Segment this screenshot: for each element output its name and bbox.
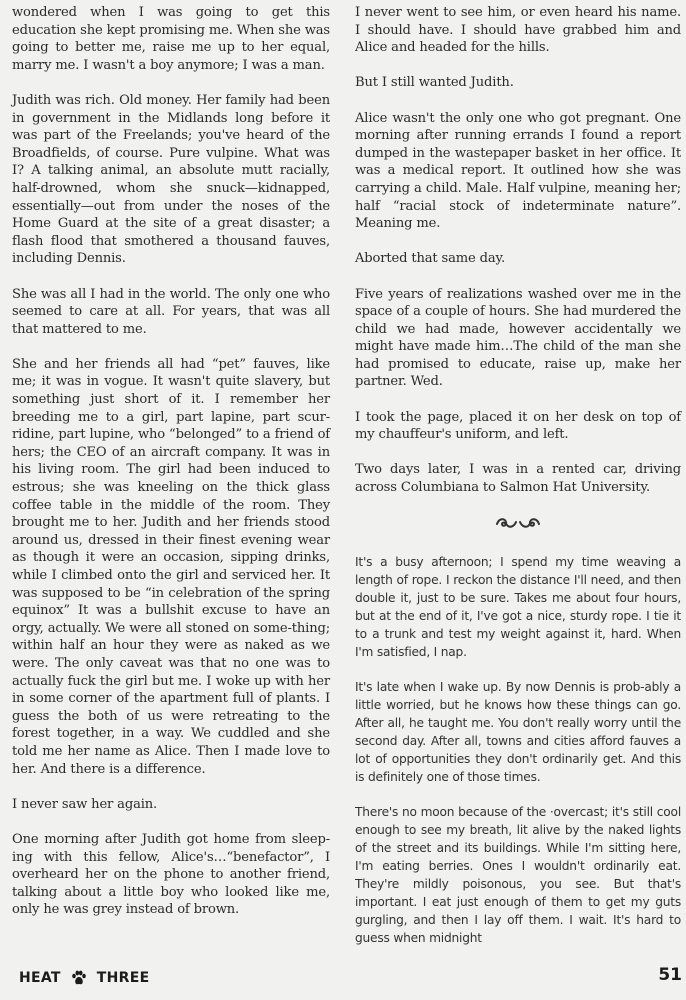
paragraph: There's no moon because of the ·overcast… <box>355 804 681 947</box>
paragraph: I took the page, placed it on her desk o… <box>355 409 681 444</box>
paragraph: It's a busy afternoon; I spend my time w… <box>355 554 681 661</box>
paragraph: Alice wasn't the only one who got pregna… <box>355 110 681 233</box>
paragraph: Five years of realizations washed over m… <box>355 286 681 392</box>
section-break-ornament-icon <box>355 514 681 536</box>
left-column: wondered when I was going to get this ed… <box>12 4 330 936</box>
paragraph: wondered when I was going to get this ed… <box>12 4 330 74</box>
publication-footer: HEAT THREE <box>19 970 149 986</box>
publication-name-right: THREE <box>97 970 150 986</box>
paragraph: But I still wanted Judith. <box>355 74 681 92</box>
paragraph: It's late when I wake up. By now Dennis … <box>355 679 681 786</box>
right-column: I never went to see him, or even heard h… <box>355 4 681 965</box>
paragraph: I never saw her again. <box>12 796 330 814</box>
paw-print-icon <box>71 970 87 986</box>
flourish-icon <box>495 516 541 530</box>
paragraph: One morning after Judith got home from s… <box>12 831 330 919</box>
paragraph: Two days later, I was in a rented car, d… <box>355 461 681 496</box>
paragraph: Judith was rich. Old money. Her family h… <box>12 92 330 268</box>
paragraph: She and her friends all had “pet” fauves… <box>12 356 330 778</box>
paragraph: Aborted that same day. <box>355 250 681 268</box>
page-number: 51 <box>658 965 682 985</box>
paragraph: She was all I had in the world. The only… <box>12 286 330 339</box>
publication-name-left: HEAT <box>19 970 61 986</box>
paragraph: I never went to see him, or even heard h… <box>355 4 681 57</box>
